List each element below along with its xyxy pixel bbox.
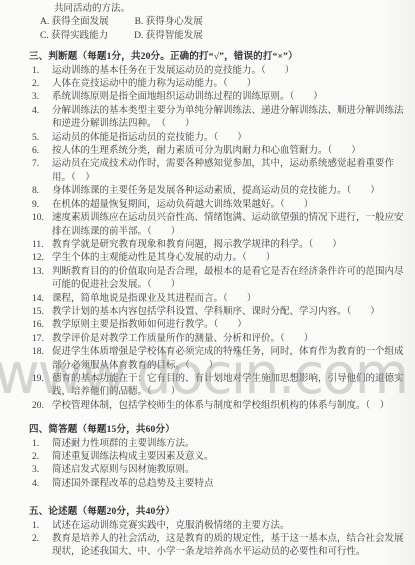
question-text: 教育是培养人的社会活动，这是教育的质的规定性，基于这一基本点，结合社会发展现状，… bbox=[52, 533, 409, 560]
question-text: 速度素质训练应在运动员兴奋性高、情绪饱满、运动欲望强的情况下进行，一般应安排在训… bbox=[52, 212, 409, 239]
question-number: 7. bbox=[32, 158, 52, 171]
question-number: 13. bbox=[32, 266, 52, 279]
question-number: 15. bbox=[32, 306, 52, 319]
question-text: 德育的基本功能在于：它有目的、有计划地对学生施加思想影响，引导他们的道德实践，培… bbox=[52, 373, 409, 400]
question-number: 1. bbox=[32, 65, 52, 78]
question-text: 人体在竞技运动中的能力称为运动能力。（ ） bbox=[52, 78, 409, 91]
question-number: 3. bbox=[32, 464, 52, 477]
question-text: 运动员在完成技术动作时，需要各种感知觉参加，其中，运动系统感觉起着重要作用。（ … bbox=[52, 158, 409, 185]
essay-item-2: 2.教育是培养人的社会活动，这是教育的质的规定性，基于这一基本点，结合社会发展现… bbox=[32, 533, 409, 560]
choice-d: D. 获得智能发展 bbox=[134, 30, 203, 43]
choice-b: B. 获得身心发展 bbox=[135, 16, 203, 29]
question-text: 判断教育目的的价值取向是否合理，最根本的是看它是否在经济条件许可的范围内尽可能的… bbox=[52, 266, 409, 293]
judgment-item-20: 20.学校管理体制，包括学校师生的体系与制度和学校组织机构的体系与制度。（ ） bbox=[32, 400, 409, 413]
question-number: 2. bbox=[32, 78, 52, 91]
short-answer-item-3: 3.简述启发式原则与因材施教原则。 bbox=[32, 464, 409, 477]
question-text: 学校管理体制，包括学校师生的体系与制度和学校组织机构的体系与制度。（ ） bbox=[52, 400, 409, 413]
question-text: 分解训练法的基本类型主要分为单纯分解训练法、递进分解训练法、顺进分解训练法和逆进… bbox=[52, 105, 409, 132]
choice-a: A. 获得全面发展 bbox=[40, 16, 109, 29]
judgment-item-1: 1.运动训练的基本任务在于发展运动员的竞技能力。（ ） bbox=[32, 65, 409, 78]
question-number: 11. bbox=[32, 239, 52, 252]
question-text: 教学计划的基本内容包括学科设置、学科顺序、课时分配、学习内容。（ ） bbox=[52, 306, 409, 319]
judgment-item-11: 11.教育学就是研究教育现象和教育问题，揭示教学规律的科学。（ ） bbox=[32, 239, 409, 252]
question-text: 系统训练原则是指全面地组织运动训练过程的训练原则。（ ） bbox=[52, 91, 409, 104]
question-text: 教学评价是对教学工作质量所作的测量、分析和评价。（ ） bbox=[52, 333, 409, 346]
question-text: 促进学生体质增强是学校体育必须完成的特殊任务，同时，体育作为教育的一个组成部分必… bbox=[52, 346, 409, 373]
short-answer-item-1: 1.简述耐力性项群的主要训练方法。 bbox=[32, 438, 409, 451]
judgment-item-19: 19.德育的基本功能在于：它有目的、有计划地对学生施加思想影响，引导他们的道德实… bbox=[32, 373, 409, 400]
judgment-item-14: 14.课程，简单地说是指课业及其进程而言。（ ） bbox=[32, 293, 409, 306]
question-text: 教学原则主要是指教师如何进行教学。（ ） bbox=[52, 319, 409, 332]
judgment-item-4: 4.分解训练法的基本类型主要分为单纯分解训练法、递进分解训练法、顺进分解训练法和… bbox=[32, 105, 409, 132]
choices-row-ab: A. 获得全面发展 B. 获得身心发展 bbox=[40, 16, 409, 29]
judgment-item-8: 8.身体训练课的主要任务是发展各种运动素质，提高运动员的竞技能力。（ ） bbox=[32, 185, 409, 198]
choice-c: C. 获得实践能力 bbox=[40, 30, 108, 43]
question-number: 2. bbox=[32, 451, 52, 464]
judgment-item-16: 16.教学原则主要是指教师如何进行教学。（ ） bbox=[32, 319, 409, 332]
question-number: 16. bbox=[32, 319, 52, 332]
question-text: 运动员的体能是指运动员的竞技能力。（ ） bbox=[52, 132, 409, 145]
question-number: 18. bbox=[32, 346, 52, 359]
question-text: 在机体的超量恢复期间，运动负荷越大训练效果越好。（ ） bbox=[52, 199, 409, 212]
question-number: 2. bbox=[32, 533, 52, 546]
choices-row-cd: C. 获得实践能力 D. 获得智能发展 bbox=[40, 30, 409, 43]
judgment-item-12: 12.学生个体的主观能动性是其身心发展的动力。（ ） bbox=[32, 252, 409, 265]
judgment-item-3: 3.系统训练原则是指全面地组织运动训练过程的训练原则。（ ） bbox=[32, 91, 409, 104]
judgment-item-13: 13.判断教育目的的价值取向是否合理，最根本的是看它是否在经济条件许可的范围内尽… bbox=[32, 266, 409, 293]
judgment-item-10: 10.速度素质训练应在运动员兴奋性高、情绪饱满、运动欲望强的情况下进行，一般应安… bbox=[32, 212, 409, 239]
section-title-judgment: 三、判断题（每题1分，共20分。正确的打“√”，错误的打“×”） bbox=[29, 51, 409, 64]
question-text: 教育学就是研究教育现象和教育问题，揭示教学规律的科学。（ ） bbox=[52, 239, 409, 252]
question-number: 4. bbox=[32, 105, 52, 118]
question-text: 课程，简单地说是指课业及其进程而言。（ ） bbox=[52, 293, 409, 306]
section-title-essay: 五、论述题（每题20分，共40分） bbox=[29, 506, 409, 519]
question-number: 6. bbox=[32, 145, 52, 158]
question-text: 按人体的生理系统分类，耐力素质可分为肌肉耐力和心血管耐力。（ ） bbox=[52, 145, 409, 158]
judgment-item-2: 2.人体在竞技运动中的能力称为运动能力。（ ） bbox=[32, 78, 409, 91]
question-text: 简述启发式原则与因材施教原则。 bbox=[52, 464, 409, 477]
question-number: 1. bbox=[32, 438, 52, 451]
question-text: 简述重复训练法构成主要因素及意义。 bbox=[52, 451, 409, 464]
question-text: 学生个体的主观能动性是其身心发展的动力。（ ） bbox=[52, 252, 409, 265]
exam-content: 共同活动的方法。 A. 获得全面发展 B. 获得身心发展 C. 获得实践能力 D… bbox=[32, 3, 409, 560]
short-answer-item-4: 4.简述国外课程改革的总趋势及主要特点 bbox=[32, 478, 409, 491]
question-text: 运动训练的基本任务在于发展运动员的竞技能力。（ ） bbox=[52, 65, 409, 78]
judgment-item-18: 18.促进学生体质增强是学校体育必须完成的特殊任务，同时，体育作为教育的一个组成… bbox=[32, 346, 409, 373]
question-text: 试述在运动训练竞赛实践中，克服消极情绪的主要方法。 bbox=[52, 520, 409, 533]
question-number: 20. bbox=[32, 400, 52, 413]
question-number: 19. bbox=[32, 373, 52, 386]
judgment-item-17: 17.教学评价是对教学工作质量所作的测量、分析和评价。（ ） bbox=[32, 333, 409, 346]
scanned-exam-page: www.docin.com 共同活动的方法。 A. 获得全面发展 B. 获得身心… bbox=[0, 0, 415, 565]
judgment-item-7: 7.运动员在完成技术动作时，需要各种感知觉参加，其中，运动系统感觉起着重要作用。… bbox=[32, 158, 409, 185]
section-title-short-answer: 四、简答题（每题15分，共60分） bbox=[29, 424, 409, 437]
question-number: 14. bbox=[32, 293, 52, 306]
question-number: 1. bbox=[32, 520, 52, 533]
question-number: 12. bbox=[32, 252, 52, 265]
question-number: 10. bbox=[32, 212, 52, 225]
question-number: 8. bbox=[32, 185, 52, 198]
question-text: 简述耐力性项群的主要训练方法。 bbox=[52, 438, 409, 451]
question-continuation-line: 共同活动的方法。 bbox=[54, 3, 409, 16]
question-text: 简述国外课程改革的总趋势及主要特点 bbox=[52, 478, 409, 491]
question-number: 3. bbox=[32, 91, 52, 104]
question-number: 9. bbox=[32, 199, 52, 212]
judgment-item-5: 5.运动员的体能是指运动员的竞技能力。（ ） bbox=[32, 132, 409, 145]
judgment-item-9: 9.在机体的超量恢复期间，运动负荷越大训练效果越好。（ ） bbox=[32, 199, 409, 212]
question-number: 4. bbox=[32, 478, 52, 491]
judgment-item-6: 6.按人体的生理系统分类，耐力素质可分为肌肉耐力和心血管耐力。（ ） bbox=[32, 145, 409, 158]
question-number: 17. bbox=[32, 333, 52, 346]
essay-item-1: 1.试述在运动训练竞赛实践中，克服消极情绪的主要方法。 bbox=[32, 520, 409, 533]
judgment-item-15: 15.教学计划的基本内容包括学科设置、学科顺序、课时分配、学习内容。（ ） bbox=[32, 306, 409, 319]
short-answer-item-2: 2.简述重复训练法构成主要因素及意义。 bbox=[32, 451, 409, 464]
question-text: 身体训练课的主要任务是发展各种运动素质，提高运动员的竞技能力。（ ） bbox=[52, 185, 409, 198]
question-number: 5. bbox=[32, 132, 52, 145]
